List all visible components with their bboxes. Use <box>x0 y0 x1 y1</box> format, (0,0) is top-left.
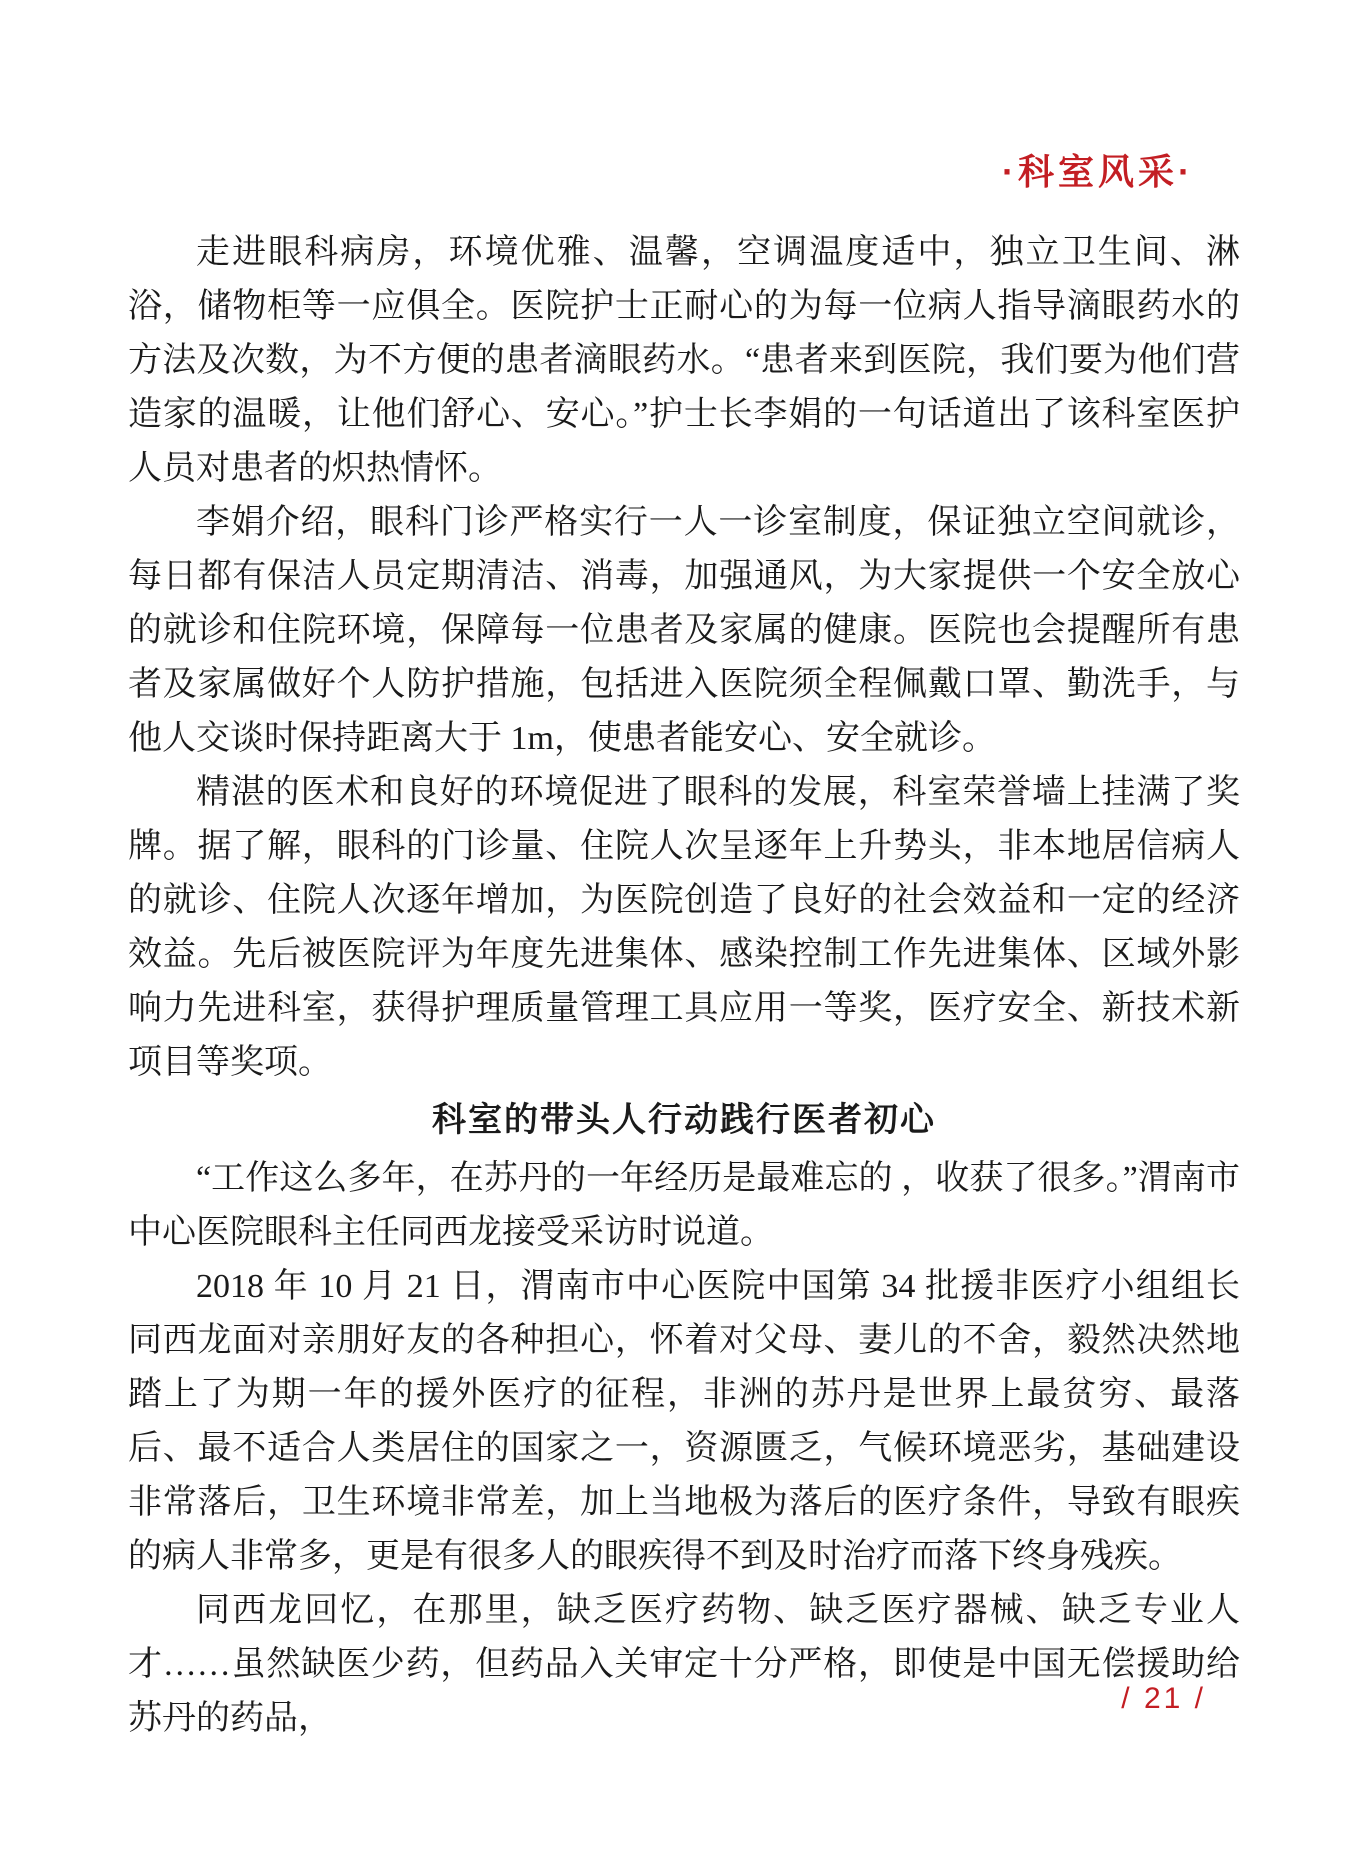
article-body: 走进眼科病房，环境优雅、温馨，空调温度适中，独立卫生间、淋浴，储物柜等一应俱全。… <box>128 226 1240 1746</box>
paragraph: 2018 年 10 月 21 日，渭南市中心医院中国第 34 批援非医疗小组组长… <box>128 1260 1240 1584</box>
paragraph: 李娟介绍，眼科门诊严格实行一人一诊室制度，保证独立空间就诊，每日都有保洁人员定期… <box>128 496 1240 766</box>
paragraph: 同西龙回忆，在那里，缺乏医疗药物、缺乏医疗器械、缺乏专业人才……虽然缺医少药，但… <box>128 1584 1240 1746</box>
paragraph: 走进眼科病房，环境优雅、温馨，空调温度适中，独立卫生间、淋浴，储物柜等一应俱全。… <box>128 226 1240 496</box>
section-label: ·科室风采· <box>1002 150 1194 194</box>
paragraph: 精湛的医术和良好的环境促进了眼科的发展，科室荣誉墙上挂满了奖牌。据了解，眼科的门… <box>128 766 1240 1090</box>
document-page: ·科室风采· 走进眼科病房，环境优雅、温馨，空调温度适中，独立卫生间、淋浴，储物… <box>0 0 1362 1858</box>
paragraph: “工作这么多年，在苏丹的一年经历是最难忘的 ，收获了很多。”渭南市中心医院眼科主… <box>128 1152 1240 1260</box>
article-subheading: 科室的带头人行动践行医者初心 <box>128 1094 1240 1148</box>
page-number: / 21 / <box>1121 1682 1206 1716</box>
